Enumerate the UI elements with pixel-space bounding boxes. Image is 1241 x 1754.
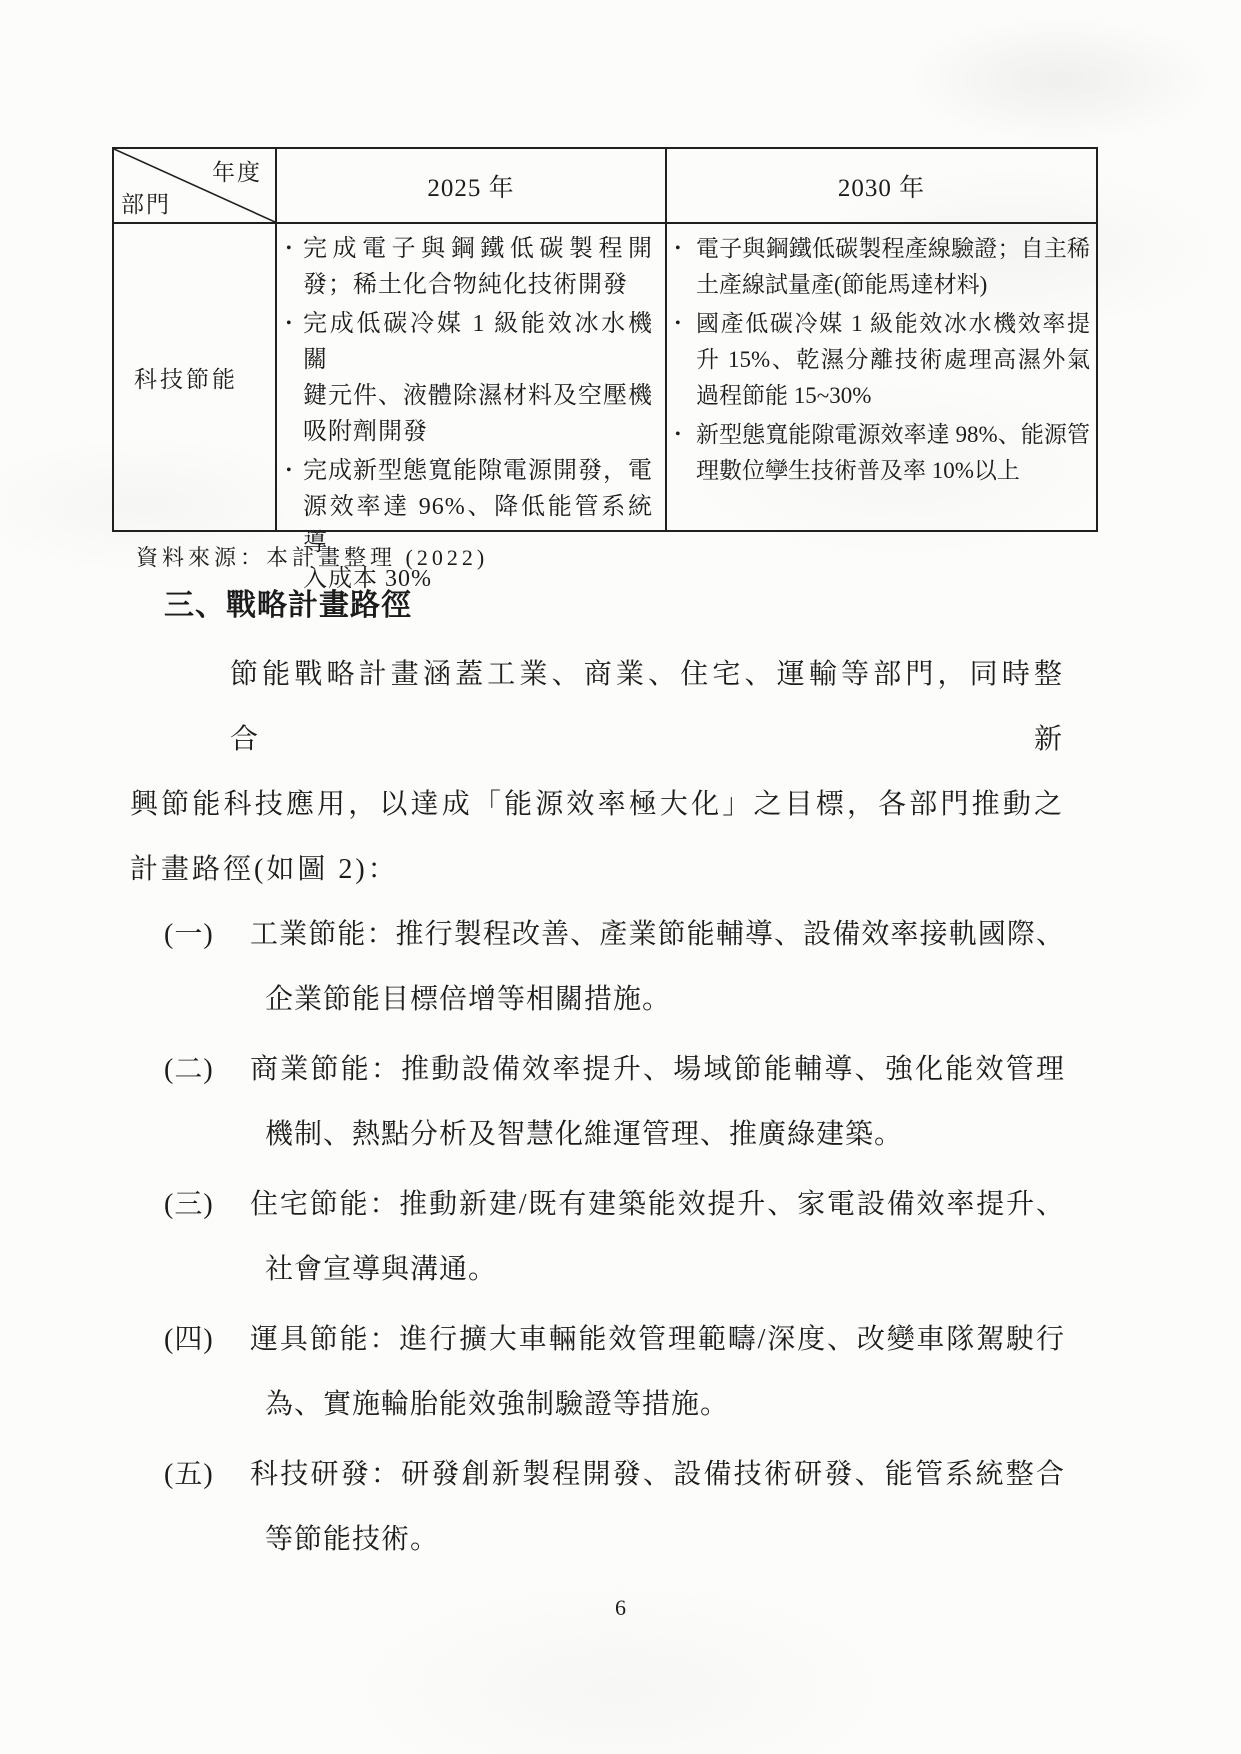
source-note: 資料來源：本計畫整理 (2022)	[136, 541, 488, 572]
list-item-marker: (三)	[164, 1172, 250, 1302]
table-bullet-item: •電子與鋼鐵低碳製程產線驗證；自主稀土產線試量產(節能馬達材料)	[675, 231, 1096, 303]
table-body-row: 科技節能 •完成電子與鋼鐵低碳製程開發；稀土化合物純化技術開發•完成低碳冷媒 1…	[114, 224, 1096, 530]
bullet-icon: •	[675, 417, 696, 489]
list-item: (一)工業節能：推行製程改善、產業節能輔導、設備效率接軌國際、企業節能目標倍增等…	[130, 902, 1065, 1032]
text-line: 完成電子與鋼鐵低碳製程開	[303, 231, 653, 267]
header-year-label: 年度	[212, 154, 262, 187]
bullet-text: 完成低碳冷媒 1 級能效冰水機關鍵元件、液體除濕材料及空壓機吸附劑開發	[303, 306, 653, 450]
bullet-icon: •	[675, 306, 696, 414]
text-line: 鍵元件、液體除濕材料及空壓機	[303, 378, 653, 414]
list-item: (四)運具節能：進行擴大車輛能效管理範疇/深度、改變車隊駕駛行為、實施輪胎能效強…	[130, 1307, 1065, 1437]
text-line: 社會宣導與溝通。	[250, 1237, 1065, 1302]
document-page: 年度 部門 2025 年 2030 年 科技節能 •完成電子與鋼鐵低碳製程開發；…	[0, 0, 1241, 1754]
table-bullet-item: •完成電子與鋼鐵低碳製程開發；稀土化合物純化技術開發	[286, 231, 665, 303]
list-item: (二)商業節能：推動設備效率提升、場域節能輔導、強化能效管理機制、熱點分析及智慧…	[130, 1037, 1065, 1167]
text-line: 升 15%、乾濕分離技術處理高濕外氣	[696, 342, 1090, 378]
list-item-text: 科技研發：研發創新製程開發、設備技術研發、能管系統整合等節能技術。	[250, 1442, 1065, 1572]
list-item: (五)科技研發：研發創新製程開發、設備技術研發、能管系統整合等節能技術。	[130, 1442, 1065, 1572]
column-header-2030: 2030 年	[667, 149, 1096, 222]
goals-table: 年度 部門 2025 年 2030 年 科技節能 •完成電子與鋼鐵低碳製程開發；…	[112, 147, 1098, 532]
list-item-marker: (五)	[164, 1442, 250, 1572]
list-item-marker: (四)	[164, 1307, 250, 1437]
text-line: 國產低碳冷媒 1 級能效冰水機效率提	[696, 306, 1090, 342]
table-bullet-item: •完成低碳冷媒 1 級能效冰水機關鍵元件、液體除濕材料及空壓機吸附劑開發	[286, 306, 665, 450]
text-line: 工業節能：推行製程改善、產業節能輔導、設備效率接軌國際、	[250, 902, 1065, 967]
bullet-icon: •	[675, 231, 696, 303]
text-line: 機制、熱點分析及智慧化維運管理、推廣綠建築。	[250, 1102, 1065, 1167]
cell-2030-goals: •電子與鋼鐵低碳製程產線驗證；自主稀土產線試量產(節能馬達材料)•國產低碳冷媒 …	[667, 224, 1096, 530]
list-item-text: 住宅節能：推動新建/既有建築能效提升、家電設備效率提升、社會宣導與溝通。	[250, 1172, 1065, 1302]
text-line: 住宅節能：推動新建/既有建築能效提升、家電設備效率提升、	[250, 1172, 1065, 1237]
text-line: 土產線試量產(節能馬達材料)	[696, 267, 1090, 303]
paragraph-line: 節能戰略計畫涵蓋工業、商業、住宅、運輸等部門，同時整合新	[130, 642, 1065, 772]
table-bullet-item: •國產低碳冷媒 1 級能效冰水機效率提升 15%、乾濕分離技術處理高濕外氣過程節…	[675, 306, 1096, 414]
diagonal-header-cell: 年度 部門	[114, 149, 277, 222]
table-bullet-item: •完成新型態寬能隙電源開發，電源效率達 96%、降低能管系統導入成本 30%	[286, 453, 665, 597]
text-line: 電子與鋼鐵低碳製程產線驗證；自主稀	[696, 231, 1090, 267]
strategy-list: (一)工業節能：推行製程改善、產業節能輔導、設備效率接軌國際、企業節能目標倍增等…	[130, 902, 1065, 1572]
bullet-text: 完成電子與鋼鐵低碳製程開發；稀土化合物純化技術開發	[303, 231, 653, 303]
bullet-icon: •	[286, 231, 303, 303]
text-line: 運具節能：進行擴大車輛能效管理範疇/深度、改變車隊駕駛行	[250, 1307, 1065, 1372]
list-item-text: 工業節能：推行製程改善、產業節能輔導、設備效率接軌國際、企業節能目標倍增等相關措…	[250, 902, 1065, 1032]
body-text: 節能戰略計畫涵蓋工業、商業、住宅、運輸等部門，同時整合新興節能科技應用，以達成「…	[130, 642, 1065, 1572]
text-line: 理數位孿生技術普及率 10%以上	[696, 453, 1090, 489]
paragraph-line: 興節能科技應用，以達成「能源效率極大化」之目標，各部門推動之	[130, 772, 1065, 837]
bullet-text: 新型態寬能隙電源效率達 98%、能源管理數位孿生技術普及率 10%以上	[696, 417, 1090, 489]
header-sector-label: 部門	[121, 186, 171, 219]
bullet-text: 電子與鋼鐵低碳製程產線驗證；自主稀土產線試量產(節能馬達材料)	[696, 231, 1090, 303]
text-line: 為、實施輪胎能效強制驗證等措施。	[250, 1372, 1065, 1437]
text-line: 完成新型態寬能隙電源開發，電	[303, 453, 653, 489]
section-heading: 三、戰略計畫路徑	[164, 580, 412, 624]
bullet-text: 完成新型態寬能隙電源開發，電源效率達 96%、降低能管系統導入成本 30%	[303, 453, 653, 597]
bullet-icon: •	[286, 453, 303, 597]
text-line: 等節能技術。	[250, 1507, 1065, 1572]
paragraph-line: 計畫路徑(如圖 2)：	[130, 837, 1065, 902]
text-line: 新型態寬能隙電源效率達 98%、能源管	[696, 417, 1090, 453]
text-line: 企業節能目標倍增等相關措施。	[250, 967, 1065, 1032]
text-line: 科技研發：研發創新製程開發、設備技術研發、能管系統整合	[250, 1442, 1065, 1507]
list-item-text: 商業節能：推動設備效率提升、場域節能輔導、強化能效管理機制、熱點分析及智慧化維運…	[250, 1037, 1065, 1167]
table-bullet-item: •新型態寬能隙電源效率達 98%、能源管理數位孿生技術普及率 10%以上	[675, 417, 1096, 489]
column-header-2025: 2025 年	[277, 149, 667, 222]
list-item-text: 運具節能：進行擴大車輛能效管理範疇/深度、改變車隊駕駛行為、實施輪胎能效強制驗證…	[250, 1307, 1065, 1437]
cell-2025-goals: •完成電子與鋼鐵低碳製程開發；稀土化合物純化技術開發•完成低碳冷媒 1 級能效冰…	[277, 224, 667, 530]
intro-paragraph: 節能戰略計畫涵蓋工業、商業、住宅、運輸等部門，同時整合新興節能科技應用，以達成「…	[130, 642, 1065, 902]
text-line: 完成低碳冷媒 1 級能效冰水機關	[303, 306, 653, 378]
list-item: (三)住宅節能：推動新建/既有建築能效提升、家電設備效率提升、社會宣導與溝通。	[130, 1172, 1065, 1302]
bullet-icon: •	[286, 306, 303, 450]
page-number: 6	[0, 1595, 1241, 1621]
list-item-marker: (二)	[164, 1037, 250, 1167]
text-line: 商業節能：推動設備效率提升、場域節能輔導、強化能效管理	[250, 1037, 1065, 1102]
list-item-marker: (一)	[164, 902, 250, 1032]
text-line: 發；稀土化合物純化技術開發	[303, 267, 653, 303]
text-line: 吸附劑開發	[303, 414, 653, 450]
table-header-row: 年度 部門 2025 年 2030 年	[114, 149, 1096, 224]
text-line: 過程節能 15~30%	[696, 378, 1090, 414]
bullet-text: 國產低碳冷媒 1 級能效冰水機效率提升 15%、乾濕分離技術處理高濕外氣過程節能…	[696, 306, 1090, 414]
sector-cell: 科技節能	[114, 224, 277, 530]
